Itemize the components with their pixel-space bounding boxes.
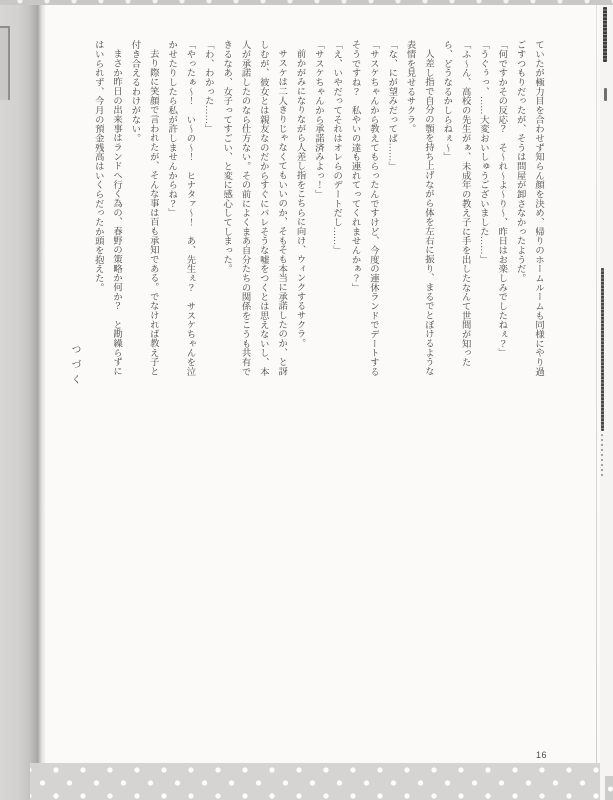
binding-gutter-shadow: [0, 0, 46, 800]
page-edge-line: [596, 5, 597, 763]
scanned-page: ていたが極力目を合わせず知らん顔を決め、帰りのホームルームも同様にやり過ごすつも…: [0, 0, 613, 800]
bottom-band-corner: [605, 776, 613, 800]
scan-edge-mark: [601, 434, 603, 478]
scan-edge-mark: [604, 88, 607, 101]
novel-paragraph: 「何ですかその反応？ そ〜れ〜よ〜り〜、昨日はお楽しみでしたねぇ？」: [492, 40, 510, 376]
bottom-polka-dot-band: [30, 763, 600, 800]
page-number: 16: [536, 750, 547, 760]
scan-edge-mark: [601, 268, 604, 431]
top-polka-dot-band: [0, 0, 613, 5]
novel-paragraph: 「サスケちゃんから教えてもらったんですけど、今度の連休ランドでデートするそうです…: [345, 40, 382, 376]
novel-paragraph: 前かがみになりながら人差し指をこちらに向け、ウィンクするサクラ。: [290, 40, 308, 376]
novel-paragraph: 「わ、わかった……」: [198, 40, 216, 376]
continuation-mark: つづく: [67, 344, 82, 389]
novel-paragraph: 「ふ〜ん、高校の先生がぁ、未成年の教え子に手を出したなんて世間が知ったら、どうな…: [437, 40, 474, 376]
novel-paragraph: まさか昨日の出来事はランドへ行く為の、春野の策略か何か？ と勘繰らずにはいられず…: [88, 40, 125, 376]
novel-paragraph: ていたが極力目を合わせず知らん顔を決め、帰りのホームルームも同様にやり過ごすつも…: [510, 40, 547, 376]
novel-paragraph: 「え、いやだってそれはオレらのデートだし……」: [327, 40, 345, 376]
novel-paragraph: 「サスケちゃんから承諾済みよっ！」: [309, 40, 327, 376]
facing-page-corner: [0, 26, 10, 100]
novel-paragraph: 去り際に笑顔で言われたが、そんな事は百も承知である。でなければ教え子と付き合える…: [125, 40, 162, 376]
scan-edge-mark: [603, 7, 607, 62]
page-text: ていたが極力目を合わせず知らん顔を決め、帰りのホームルームも同様にやり過ごすつも…: [88, 40, 547, 376]
novel-paragraph: 「やったぁ〜！ い〜の〜！ ヒナタァ〜！ あ、先生ぇ？ サスケちゃんを泣かせたり…: [162, 40, 199, 376]
novel-paragraph: 「な、にが望みだってば……」: [382, 40, 400, 376]
novel-paragraph: サスケは二人きりじゃなくてもいいのか、そもそも本当に承諾したのか、と訝しむが、彼…: [217, 40, 290, 376]
novel-paragraph: 「うぐぅっ、……大変おいしゅうございました……」: [474, 40, 492, 376]
novel-paragraph: 人差し指で自分の顎を持ち上げながら体を左右に振り、まるでとぼけるような表情を見せ…: [400, 40, 437, 376]
